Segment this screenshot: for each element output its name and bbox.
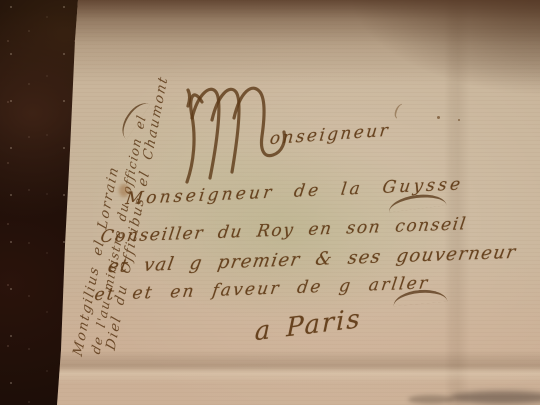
- monogram-letter: M: [0, 0, 1, 1]
- address-line-4: et et en faveur de g arller: [93, 273, 431, 305]
- fox-spot: [119, 184, 129, 197]
- stain-smudge: [408, 395, 454, 404]
- place-line-paris: a Paris: [254, 304, 361, 347]
- stain-smudge: [450, 391, 540, 404]
- photo-background: M onseigneur ( Monseigneur de la Guysse …: [0, 0, 540, 405]
- ink-dot: [458, 119, 460, 121]
- address-line-3: et val g premier & ses gouverneur: [106, 242, 518, 277]
- letter-paper: M onseigneur ( Monseigneur de la Guysse …: [0, 0, 540, 405]
- ink-dot: [437, 116, 440, 119]
- stray-paren-mark: (: [392, 101, 402, 122]
- address-line-2: Conseiller du Roy en son conseil: [99, 214, 468, 247]
